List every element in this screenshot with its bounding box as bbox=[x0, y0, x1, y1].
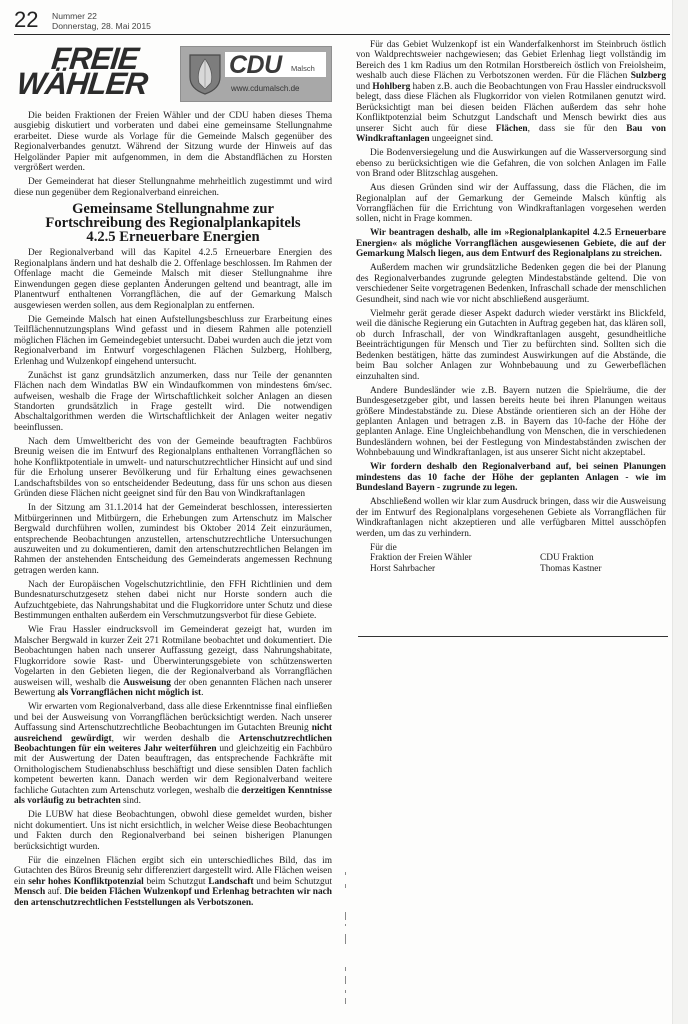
body-paragraph: Nach der Europäischen Vogelschutzrichtli… bbox=[14, 580, 332, 622]
body-paragraph: Die LUBW hat diese Beobachtungen, obwohl… bbox=[14, 810, 332, 852]
signature-block: Für die Fraktion der Freien Wähler CDU F… bbox=[356, 543, 666, 575]
body-paragraph: Wir erwarten vom Regionalverband, dass a… bbox=[14, 702, 332, 807]
page-number: 22 bbox=[14, 9, 38, 31]
body-paragraph: Wie Frau Hassler eindrucksvoll im Gemein… bbox=[14, 625, 332, 698]
shield-icon bbox=[187, 53, 223, 95]
intro-paragraph-1: Die beiden Fraktionen der Freien Wähler … bbox=[14, 111, 332, 174]
body-paragraph: Für das Gebiet Wulzenkopf ist ein Wander… bbox=[356, 40, 666, 145]
body-paragraph: Aus diesen Gründen sind wir der Auffassu… bbox=[356, 183, 666, 225]
signature-left-name: Horst Sahrbacher bbox=[356, 564, 540, 575]
body-paragraph: Außerdem machen wir grundsätzliche Beden… bbox=[356, 263, 666, 305]
body-paragraph: Der Regionalverband will das Kapitel 4.2… bbox=[14, 248, 332, 311]
demand-paragraph: Wir fordern deshalb den Regionalverband … bbox=[356, 462, 666, 493]
article-headline: Gemeinsame Stellungnahme zur Fortschreib… bbox=[14, 202, 332, 245]
body-paragraph: Für die einzelnen Flächen ergibt sich ei… bbox=[14, 856, 332, 908]
cdu-locality: Malsch bbox=[291, 64, 315, 73]
issue-date: Donnerstag, 28. Mai 2015 bbox=[52, 22, 151, 32]
body-paragraph: Die Gemeinde Malsch hat einen Aufstellun… bbox=[14, 315, 332, 367]
signature-right-org: CDU Fraktion bbox=[540, 553, 594, 564]
body-paragraph: In der Sitzung am 31.1.2014 hat der Geme… bbox=[14, 503, 332, 576]
page-header: 22 Nummer 22 Donnerstag, 28. Mai 2015 bbox=[14, 8, 670, 35]
right-column: Für das Gebiet Wulzenkopf ist ein Wander… bbox=[356, 40, 666, 574]
cdu-wordmark: CDU bbox=[229, 52, 282, 78]
cdu-url: www.cdumalsch.de bbox=[231, 84, 299, 93]
scan-artifacts bbox=[345, 872, 348, 1002]
signature-right-name: Thomas Kastner bbox=[540, 564, 602, 575]
cdu-wordmark-box: CDU Malsch bbox=[225, 52, 326, 77]
signature-for: Für die bbox=[356, 543, 540, 554]
body-paragraph: Zunächst ist ganz grundsätzlich anzumerk… bbox=[14, 371, 332, 434]
issue-info: Nummer 22 Donnerstag, 28. Mai 2015 bbox=[52, 12, 151, 31]
freie-waehler-logo: FREIE WÄHLER bbox=[15, 46, 161, 102]
body-paragraph: Andere Bundesländer wie z.B. Bayern nutz… bbox=[356, 386, 666, 459]
body-paragraph: Abschließend wollen wir klar zum Ausdruc… bbox=[356, 497, 666, 539]
body-paragraph: Die Bodenversiegelung und die Auswirkung… bbox=[356, 148, 666, 179]
logo-line-2: WÄHLER bbox=[16, 71, 159, 96]
cdu-malsch-logo: CDU Malsch www.cdumalsch.de bbox=[180, 46, 332, 102]
motion-paragraph: Wir beantragen deshalb, alle im »Regiona… bbox=[356, 228, 666, 259]
body-paragraph: Nach dem Umweltbericht des von der Gemei… bbox=[14, 437, 332, 500]
intro-paragraph-2: Der Gemeinderat hat dieser Stellungnahme… bbox=[14, 177, 332, 198]
article-end-rule bbox=[358, 636, 668, 637]
left-column: Die beiden Fraktionen der Freien Wähler … bbox=[14, 111, 332, 912]
signature-left-org: Fraktion der Freien Wähler bbox=[356, 553, 540, 564]
newspaper-page: 22 Nummer 22 Donnerstag, 28. Mai 2015 FR… bbox=[0, 0, 672, 1024]
body-paragraph: Vielmehr gerät gerade dieser Aspekt dadu… bbox=[356, 309, 666, 382]
